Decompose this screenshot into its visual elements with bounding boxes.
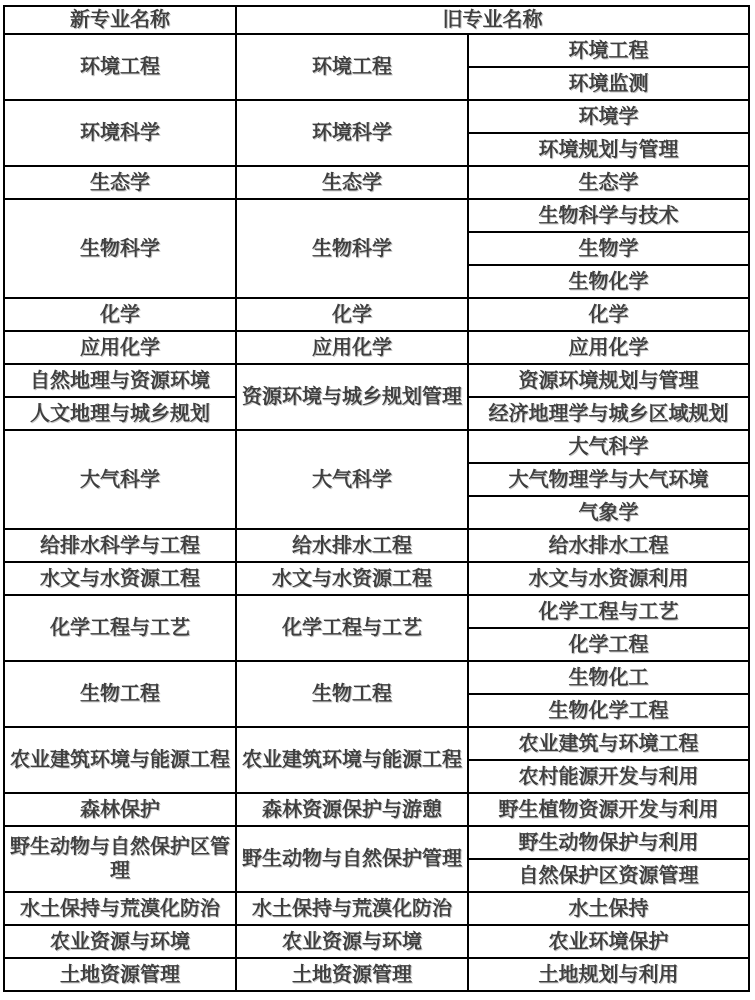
table-cell: 化学: [4, 298, 236, 331]
table-cell: 环境监测: [468, 67, 749, 100]
table-cell: 水文与水资源工程: [4, 562, 236, 595]
table-cell: 生物化学: [468, 265, 749, 298]
table-cell: 野生动物保护与利用: [468, 826, 749, 859]
table-cell: 气象学: [468, 496, 749, 529]
table-row: 野生动物与自然保护区管理野生动物与自然保护管理野生动物保护与利用: [4, 826, 749, 859]
table-cell: 水土保持与荒漠化防治: [4, 892, 236, 925]
table-cell: 资源环境规划与管理: [468, 364, 749, 397]
table-cell: 应用化学: [468, 331, 749, 364]
table-cell: 环境工程: [4, 34, 236, 100]
table-row: 大气科学大气科学大气科学: [4, 430, 749, 463]
table-cell: 化学工程: [468, 628, 749, 661]
table-cell: 土地规划与利用: [468, 958, 749, 991]
header-row: 新专业名称旧专业名称: [4, 6, 749, 34]
table-cell: 人文地理与城乡规划: [4, 397, 236, 430]
table-row: 环境工程环境工程环境工程: [4, 34, 749, 67]
table-cell: 野生动物与自然保护管理: [236, 826, 468, 892]
table-cell: 生物化学工程: [468, 694, 749, 727]
table-cell: 生物学: [468, 232, 749, 265]
table-cell: 资源环境与城乡规划管理: [236, 364, 468, 430]
table-cell: 生物科学: [236, 199, 468, 298]
table-cell: 给水排水工程: [236, 529, 468, 562]
table-cell: 环境工程: [468, 34, 749, 67]
table-cell: 化学: [468, 298, 749, 331]
table-cell: 生态学: [4, 166, 236, 199]
majors-mapping-table: 新专业名称旧专业名称 环境工程环境工程环境工程环境监测环境科学环境科学环境学环境…: [3, 5, 750, 992]
table-row: 农业建筑环境与能源工程农业建筑环境与能源工程农业建筑与环境工程: [4, 727, 749, 760]
table-cell: 环境规划与管理: [468, 133, 749, 166]
table-cell: 土地资源管理: [236, 958, 468, 991]
table-cell: 生物科学: [4, 199, 236, 298]
table-cell: 大气科学: [236, 430, 468, 529]
document-page: 新专业名称旧专业名称 环境工程环境工程环境工程环境监测环境科学环境科学环境学环境…: [0, 5, 755, 1000]
table-cell: 生物工程: [4, 661, 236, 727]
table-row: 化学化学化学: [4, 298, 749, 331]
column-header: 新专业名称: [4, 6, 236, 34]
table-cell: 森林保护: [4, 793, 236, 826]
table-cell: 化学: [236, 298, 468, 331]
table-row: 土地资源管理土地资源管理土地规划与利用: [4, 958, 749, 991]
table-cell: 化学工程与工艺: [4, 595, 236, 661]
table-cell: 生态学: [236, 166, 468, 199]
table-cell: 经济地理学与城乡区域规划: [468, 397, 749, 430]
table-cell: 水文与水资源利用: [468, 562, 749, 595]
table-cell: 农业建筑与环境工程: [468, 727, 749, 760]
table-cell: 野生植物资源开发与利用: [468, 793, 749, 826]
table-row: 森林保护森林资源保护与游憩野生植物资源开发与利用: [4, 793, 749, 826]
table-cell: 水文与水资源工程: [236, 562, 468, 595]
table-cell: 农业资源与环境: [4, 925, 236, 958]
table-cell: 森林资源保护与游憩: [236, 793, 468, 826]
table-cell: 野生动物与自然保护区管理: [4, 826, 236, 892]
table-row: 水土保持与荒漠化防治水土保持与荒漠化防治水土保持: [4, 892, 749, 925]
table-row: 农业资源与环境农业资源与环境农业环境保护: [4, 925, 749, 958]
table-cell: 自然地理与资源环境: [4, 364, 236, 397]
table-cell: 大气科学: [4, 430, 236, 529]
table-cell: 环境学: [468, 100, 749, 133]
table-row: 化学工程与工艺化学工程与工艺化学工程与工艺: [4, 595, 749, 628]
table-cell: 应用化学: [236, 331, 468, 364]
table-cell: 土地资源管理: [4, 958, 236, 991]
table-row: 给排水科学与工程给水排水工程给水排水工程: [4, 529, 749, 562]
table-cell: 生态学: [468, 166, 749, 199]
table-cell: 环境工程: [236, 34, 468, 100]
table-body: 环境工程环境工程环境工程环境监测环境科学环境科学环境学环境规划与管理生态学生态学…: [4, 34, 749, 991]
table-cell: 生物工程: [236, 661, 468, 727]
table-cell: 自然保护区资源管理: [468, 859, 749, 892]
table-row: 生物科学生物科学生物科学与技术: [4, 199, 749, 232]
table-cell: 化学工程与工艺: [236, 595, 468, 661]
table-cell: 应用化学: [4, 331, 236, 364]
table-cell: 化学工程与工艺: [468, 595, 749, 628]
table-cell: 给排水科学与工程: [4, 529, 236, 562]
table-row: 应用化学应用化学应用化学: [4, 331, 749, 364]
table-cell: 生物科学与技术: [468, 199, 749, 232]
table-header: 新专业名称旧专业名称: [4, 6, 749, 34]
table-cell: 大气科学: [468, 430, 749, 463]
table-cell: 生物化工: [468, 661, 749, 694]
table-cell: 水土保持与荒漠化防治: [236, 892, 468, 925]
table-cell: 农村能源开发与利用: [468, 760, 749, 793]
table-cell: 环境科学: [4, 100, 236, 166]
table-cell: 环境科学: [236, 100, 468, 166]
table-row: 自然地理与资源环境资源环境与城乡规划管理资源环境规划与管理: [4, 364, 749, 397]
table-cell: 农业建筑环境与能源工程: [236, 727, 468, 793]
table-cell: 农业资源与环境: [236, 925, 468, 958]
table-row: 生物工程生物工程生物化工: [4, 661, 749, 694]
table-cell: 农业环境保护: [468, 925, 749, 958]
table-cell: 水土保持: [468, 892, 749, 925]
table-cell: 农业建筑环境与能源工程: [4, 727, 236, 793]
column-header: 旧专业名称: [236, 6, 749, 34]
table-cell: 大气物理学与大气环境: [468, 463, 749, 496]
table-row: 水文与水资源工程水文与水资源工程水文与水资源利用: [4, 562, 749, 595]
table-row: 生态学生态学生态学: [4, 166, 749, 199]
table-row: 环境科学环境科学环境学: [4, 100, 749, 133]
table-cell: 给水排水工程: [468, 529, 749, 562]
